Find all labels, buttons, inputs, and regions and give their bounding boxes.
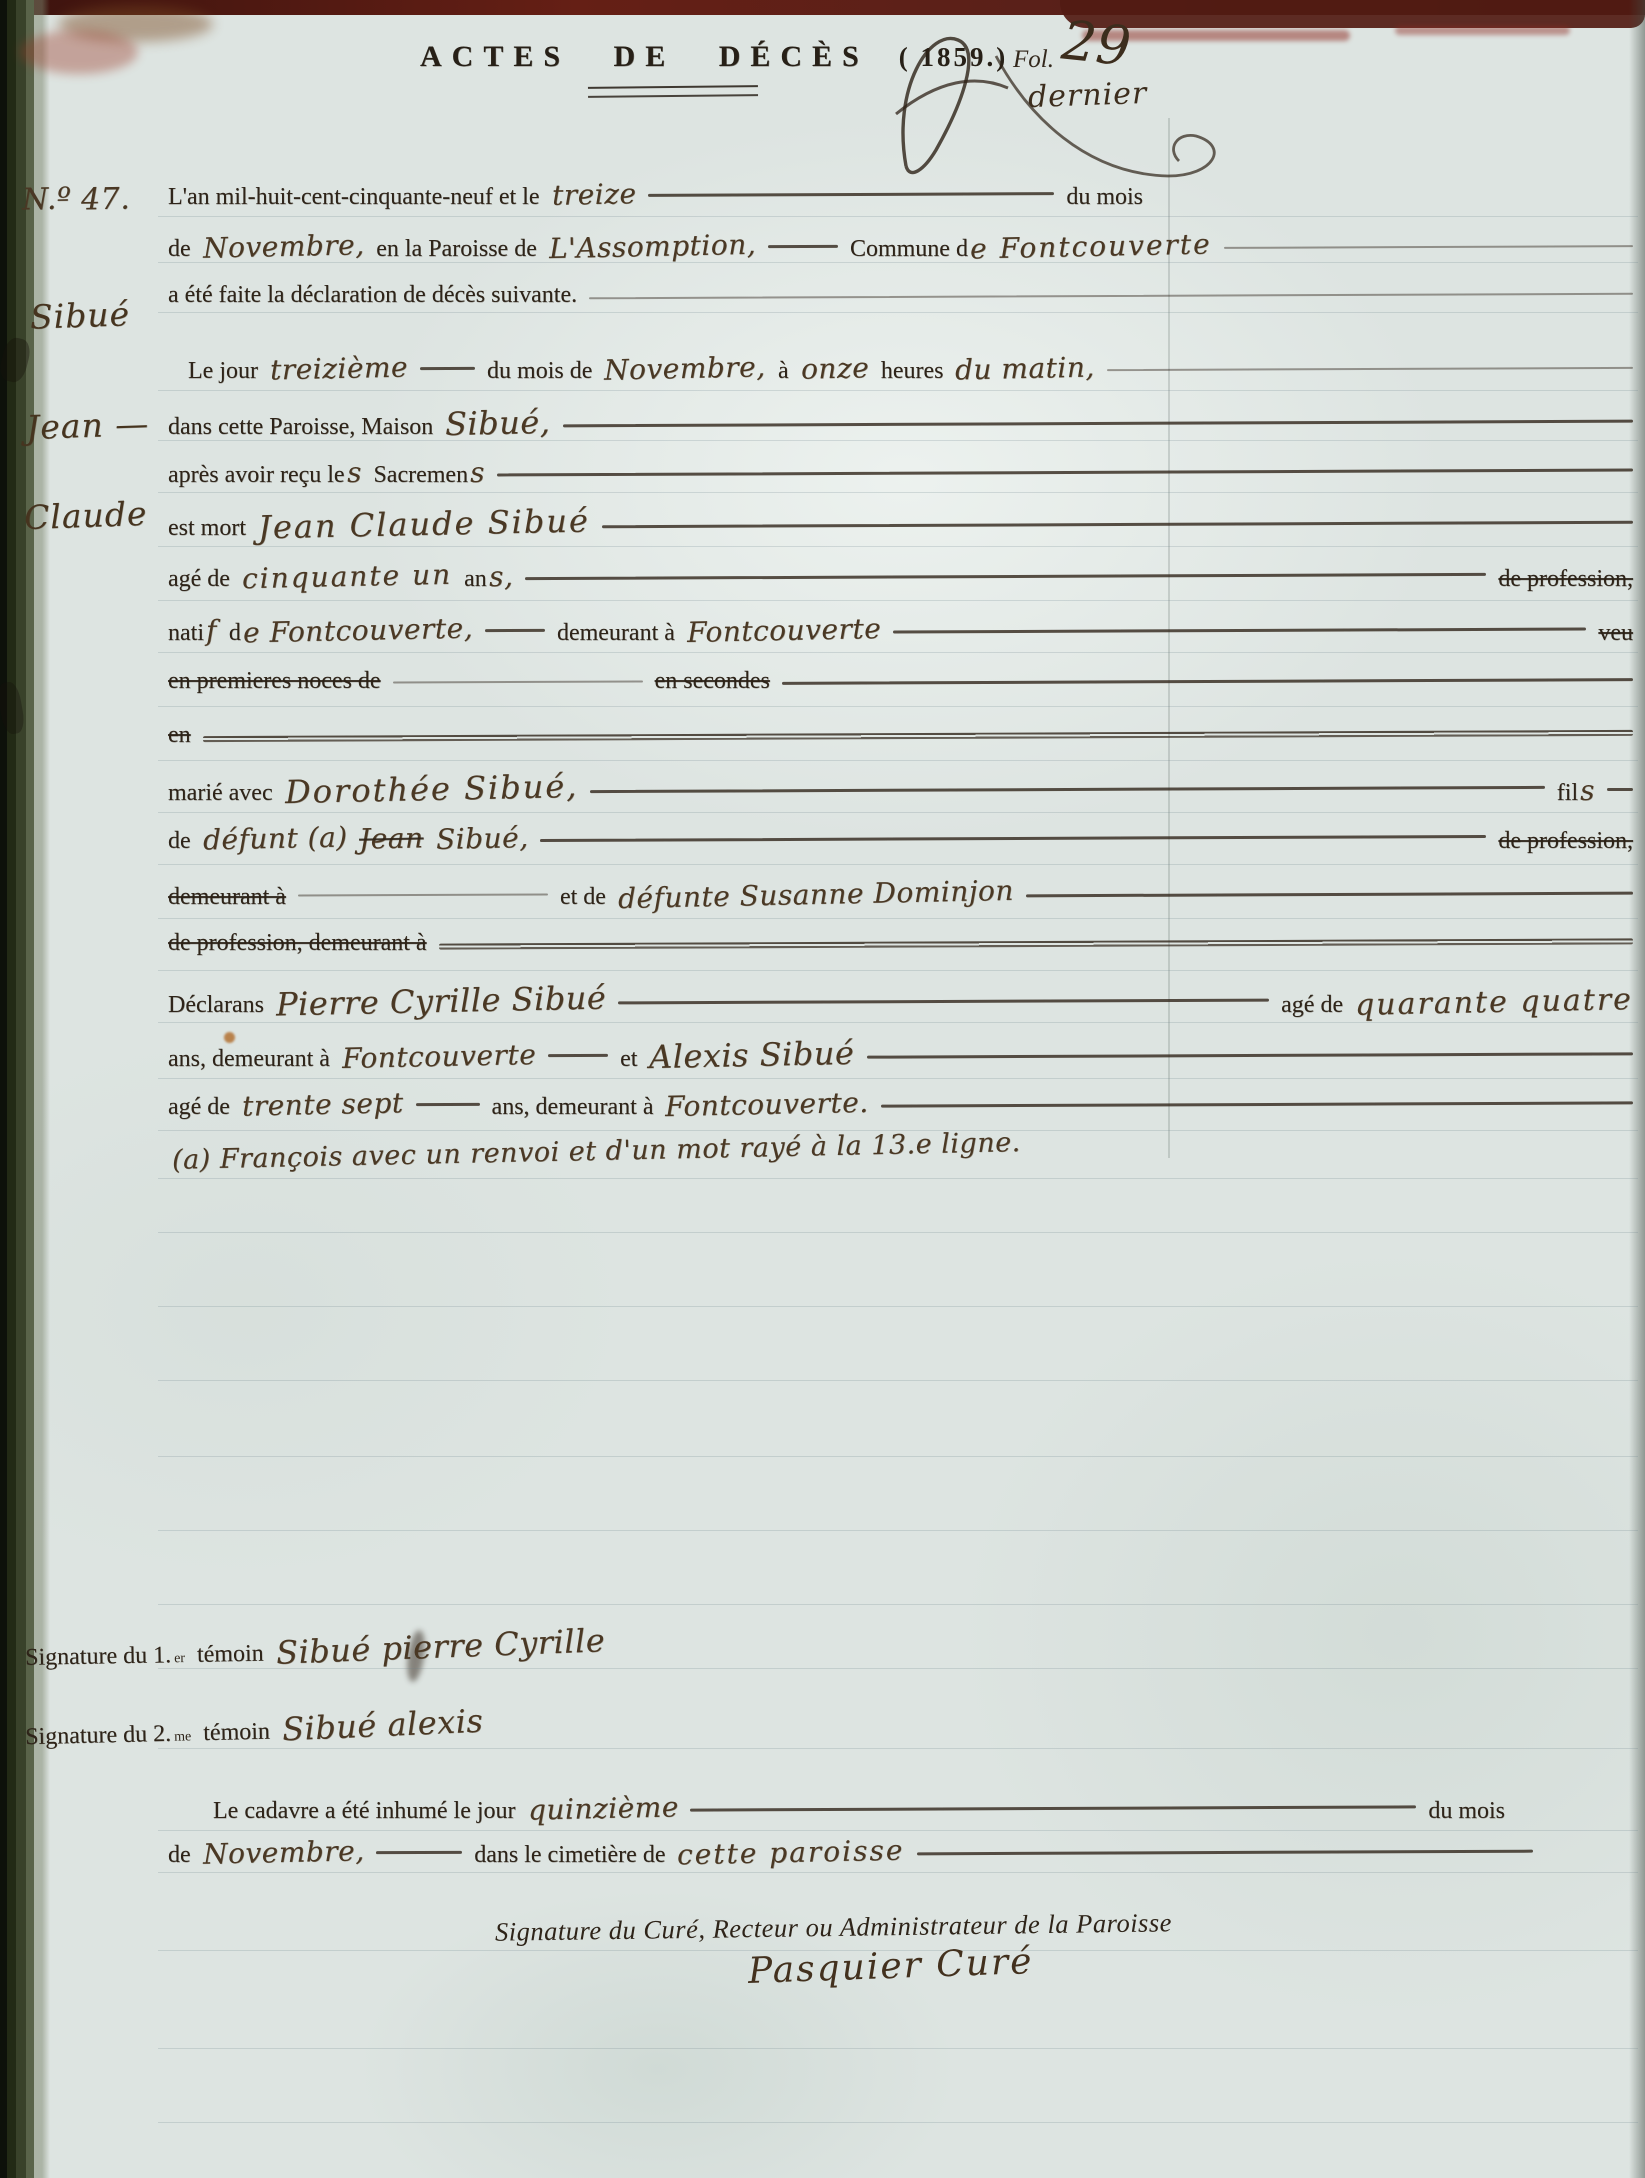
ruled-line: [158, 1022, 1638, 1023]
act-line-8: agé de cinquante un an s, de profession,: [168, 560, 1633, 593]
red-bleedthrough-mark: [1395, 26, 1570, 35]
act-line-11: en: [168, 722, 1633, 749]
handwritten-declarant1-name: Pierre Cyrille Sibué: [276, 979, 607, 1024]
handwritten-month: Novembre,: [604, 350, 766, 386]
burial-line-1: Le cadavre a été inhumé le jour quinzièm…: [213, 1792, 1505, 1825]
printed-text: agé de: [168, 1094, 230, 1121]
handwritten-month: Novembre,: [202, 228, 364, 264]
filler-dash: [420, 367, 475, 370]
handwritten-spouse-name: Dorothée Sibué,: [284, 767, 578, 811]
ruled-line: [158, 312, 1638, 313]
ordinal-superscript: er: [174, 1651, 185, 1667]
handwritten-day-ordinal: treizième: [270, 351, 409, 387]
act-line-2: de Novembre, en la Paroisse de L'Assompt…: [168, 230, 1633, 263]
printed-text: agé de: [1281, 992, 1343, 1019]
printed-text-struck: en: [168, 722, 191, 749]
ruled-line: [158, 864, 1638, 865]
printed-text: dans cette Paroisse, Maison: [168, 414, 433, 441]
ruled-line: [158, 1232, 1638, 1233]
printed-text: Déclarans: [168, 992, 264, 1019]
filler-dash: [867, 1052, 1633, 1058]
act-line-9: nati f d e Fontcouverte, demeurant à Fon…: [168, 614, 1633, 647]
printed-text: fil: [1557, 780, 1578, 807]
handwritten-letter: f: [206, 614, 218, 647]
act-line-13: de défunt (a) Jean Sibué, de profession,: [168, 822, 1633, 855]
printed-text-struck: veu: [1598, 620, 1633, 647]
filler-dash: [782, 678, 1633, 684]
page-title: ACTES DE DÉCÈS: [420, 40, 869, 74]
printed-text: Le cadavre a été inhumé le jour: [213, 1798, 516, 1825]
filler-dash: [602, 521, 1633, 528]
printed-text: an: [464, 566, 487, 593]
filler-dash: [1026, 892, 1633, 897]
folio-label: Fol.: [1013, 46, 1054, 74]
filler-dash: [563, 419, 1633, 426]
filler-dash: [548, 1054, 608, 1057]
filler-dash: [1607, 788, 1633, 791]
ruled-line: [158, 216, 1638, 217]
filler-dash: [1107, 366, 1633, 370]
act-line-3: a été faite la déclaration de décès suiv…: [168, 282, 1633, 309]
printed-text: demeurant à: [557, 620, 675, 647]
filler-dash: [393, 680, 643, 683]
printed-text-struck: en secondes: [655, 668, 770, 695]
act-line-18: agé de trente sept ans, demeurant à Font…: [168, 1088, 1633, 1121]
death-register-page: ACTES DE DÉCÈS ( 1859.) Fol. 29 dernier …: [0, 0, 1645, 2178]
cure-signature-label: Signature du Curé, Recteur ou Administra…: [495, 1907, 1172, 1947]
filler-dash: [376, 1851, 462, 1854]
filler-dash: [1224, 245, 1633, 249]
printed-text: à: [778, 358, 789, 385]
handwritten-declarant2-age: trente sept: [242, 1086, 404, 1122]
filler-dash: [768, 245, 838, 248]
printed-text: agé de: [168, 566, 230, 593]
ruled-line: [158, 1078, 1638, 1079]
printed-text-struck: demeurant à: [168, 884, 286, 911]
witness1-signature-row: Signature du 1. er témoin Sibué pierre C…: [25, 1621, 806, 1673]
printed-text: de: [168, 828, 191, 855]
filler-dash: [525, 573, 1486, 580]
printed-text: dans le cimetière de: [474, 1842, 665, 1869]
handwritten-residence: Fontcouverte: [687, 612, 882, 649]
printed-text: Signature du 2.: [25, 1721, 172, 1751]
witness2-signature-row: Signature du 2. me témoin Sibué alexis: [25, 1698, 746, 1752]
act-line-16: Déclarans Pierre Cyrille Sibué agé de qu…: [168, 982, 1633, 1020]
printed-text: du mois: [1428, 1798, 1505, 1825]
printed-text: témoin: [203, 1719, 270, 1748]
act-line-17: ans, demeurant à Fontcouverte et Alexis …: [168, 1036, 1633, 1074]
ruled-line: [158, 492, 1638, 493]
record-number-label: N.º: [22, 181, 72, 217]
handwritten-age: cinquante un: [242, 558, 453, 595]
handwritten-parish: L'Assomption,: [549, 228, 757, 265]
printed-text: d: [229, 620, 241, 647]
printed-text: du mois: [1066, 184, 1143, 211]
handwritten-father-surname: Sibué,: [435, 821, 528, 856]
handwritten-struck-name: Jean: [359, 821, 424, 855]
handwritten-father-status: défunt (a): [202, 820, 347, 856]
filler-dash: [589, 292, 1633, 299]
printed-text: L'an mil-huit-cent-cinquante-neuf et le: [168, 184, 540, 211]
handwritten-deceased-name: Jean Claude Sibué: [258, 502, 591, 547]
ordinal-superscript: me: [174, 1729, 191, 1745]
printed-text-struck: de profession,: [1498, 566, 1633, 593]
filler-dash: [690, 1806, 1416, 1812]
ruled-line: [158, 600, 1638, 601]
ruled-line: [158, 706, 1638, 707]
printed-text: de: [168, 1842, 191, 1869]
act-line-10: en premieres noces de en secondes: [168, 668, 1633, 695]
handwritten-declarant2-name: Alexis Sibué: [649, 1034, 855, 1076]
folio-number: 29: [1059, 9, 1134, 79]
filler-dash: [881, 1102, 1633, 1108]
filler-dash: [203, 729, 1633, 741]
handwritten-commune: e Fontcouverte: [970, 227, 1212, 265]
ruled-line: [158, 970, 1638, 971]
handwritten-time-of-day: du matin,: [955, 351, 1095, 387]
ruled-line: [158, 918, 1638, 919]
margin-deceased-surname: Sibué: [29, 294, 130, 336]
filler-dash: [917, 1850, 1533, 1855]
ruled-line: [158, 1178, 1638, 1179]
filler-dash: [298, 893, 548, 896]
ruled-line: [158, 1872, 1638, 1873]
title-underline: [588, 85, 758, 98]
act-line-7: est mort Jean Claude Sibué: [168, 505, 1633, 543]
record-number-value: 47.: [81, 181, 131, 217]
red-bleedthrough-stain: [20, 30, 138, 74]
filler-dash: [416, 1103, 480, 1106]
filler-dash: [439, 938, 1633, 949]
handwritten-letter: s: [1580, 774, 1596, 807]
filler-dash: [497, 469, 1633, 476]
handwritten-burial-place: cette paroisse: [677, 1834, 905, 1872]
act-line-19-renvoi: (a) François avec un renvoi et d'un mot …: [172, 1136, 1572, 1167]
ruled-line: [158, 2122, 1638, 2123]
printed-text: Signature du 1.: [25, 1642, 171, 1672]
handwritten-declarant2-residence: Fontcouverte.: [665, 1086, 869, 1123]
ruled-line: [158, 1306, 1638, 1307]
handwritten-letter: s: [346, 456, 362, 489]
printed-text: ans, demeurant à: [168, 1046, 330, 1073]
filler-dash: [648, 192, 1054, 196]
handwritten-burial-month: Novembre,: [202, 1834, 364, 1870]
printed-text: du mois de: [487, 358, 592, 385]
printed-text-struck: en premieres noces de: [168, 668, 381, 695]
printed-text: et: [620, 1046, 637, 1073]
handwritten-declarant1-age: quarante quatre: [1355, 982, 1634, 1023]
handwritten-letter: s: [470, 456, 486, 489]
printed-text: ans, demeurant à: [492, 1094, 654, 1121]
act-line-6: après avoir reçu le s Sacremen s: [168, 456, 1633, 489]
printed-text: Le jour: [188, 358, 258, 385]
handwritten-burial-day: quinzième: [527, 1790, 679, 1826]
ruled-line: [158, 1456, 1638, 1457]
handwritten-renvoi-note: (a) François avec un renvoi et d'un mot …: [172, 1127, 1021, 1176]
filler-dash: [590, 786, 1545, 793]
printed-text: nati: [168, 620, 204, 647]
witness2-signature: Sibué alexis: [281, 1702, 484, 1749]
ruled-line: [158, 1748, 1638, 1749]
ruled-line: [158, 812, 1638, 813]
burial-line-2: de Novembre, dans le cimetière de cette …: [168, 1836, 1533, 1869]
ruled-line: [158, 1668, 1638, 1669]
filler-dash: [618, 998, 1269, 1003]
act-line-14: demeurant à et de défunte Susanne Dominj…: [168, 878, 1633, 911]
ruled-line: [158, 2048, 1638, 2049]
printed-text: en la Paroisse de: [376, 236, 537, 263]
margin-deceased-firstname: Jean —: [25, 404, 149, 447]
handwritten-hour: onze: [800, 351, 869, 385]
act-line-4: Le jour treizième du mois de Novembre, à…: [188, 352, 1633, 385]
filler-dash: [540, 835, 1486, 842]
printed-text: marié avec: [168, 780, 273, 807]
printed-text: est mort: [168, 515, 246, 542]
handwritten-day: treize: [551, 177, 636, 212]
ruled-line: [158, 1380, 1638, 1381]
act-line-12: marié avec Dorothée Sibué, fil s: [168, 770, 1633, 808]
filler-dash: [893, 628, 1586, 634]
cure-signature: Pasquier Curé: [747, 1941, 1034, 1992]
printed-text: de: [168, 236, 191, 263]
act-line-15: de profession, demeurant à: [168, 930, 1633, 957]
ruled-line: [158, 546, 1638, 547]
printed-text: a été faite la déclaration de décès suiv…: [168, 282, 577, 309]
ruled-line: [158, 1604, 1638, 1605]
act-line-1: L'an mil-huit-cent-cinquante-neuf et le …: [168, 178, 1143, 211]
witness1-signature: Sibué pierre Cyrille: [275, 1621, 605, 1672]
handwritten-birthplace: e Fontcouverte,: [243, 612, 474, 650]
printed-text: et de: [560, 884, 606, 911]
ruled-line: [158, 760, 1638, 761]
ruled-line: [158, 652, 1638, 653]
folio-word-dernier: dernier: [1027, 76, 1147, 115]
act-line-5: dans cette Paroisse, Maison Sibué,: [168, 404, 1633, 442]
printed-text: Sacremen: [373, 462, 468, 489]
printed-text: après avoir reçu le: [168, 462, 345, 489]
ruled-line: [158, 1530, 1638, 1531]
handwritten-declarant1-residence: Fontcouverte: [342, 1038, 537, 1075]
printed-text: témoin: [197, 1641, 264, 1669]
printed-text: Commune d: [850, 236, 968, 263]
margin-deceased-middlename: Claude: [23, 494, 148, 537]
ruled-line: [158, 1830, 1638, 1831]
printed-text-struck: de profession,: [1498, 828, 1633, 855]
handwritten-letter: s,: [488, 560, 513, 594]
filler-dash: [485, 629, 545, 632]
printed-text: heures: [881, 358, 944, 385]
handwritten-mother-name: défunte Susanne Dominjon: [618, 874, 1014, 915]
ruled-line: [158, 390, 1638, 391]
handwritten-house-name: Sibué,: [445, 403, 551, 443]
record-number: N.º 47.: [22, 182, 131, 217]
printed-text-struck: de profession, demeurant à: [168, 930, 427, 957]
